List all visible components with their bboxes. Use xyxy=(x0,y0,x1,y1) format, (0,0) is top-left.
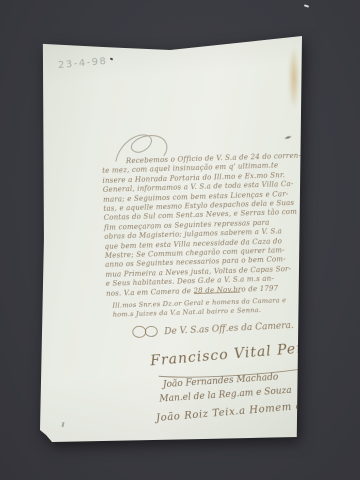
courtesy-line: De V. S.as Off.es da Camera. xyxy=(164,321,294,337)
paper-sheet-wrapper: 23-4-98 Recebemos o Officio de V. S.a de… xyxy=(40,34,302,444)
signature-1: Francisco Vital Pereira xyxy=(150,338,336,369)
courtesy-flourish xyxy=(131,324,161,339)
handwritten-text-layer: Recebemos o Officio de V. S.a de 24 do c… xyxy=(36,28,311,446)
letter-address: Ill.mos Snr.es Dz.or Geral e homens da C… xyxy=(112,296,292,320)
manuscript-page: 23-4-98 Recebemos o Officio de V. S.a de… xyxy=(40,34,302,444)
background-dust-speck xyxy=(304,4,309,7)
letter-body: Recebemos o Officio de V. S.a de 24 do c… xyxy=(102,152,306,299)
photo-of-manuscript: 23-4-98 Recebemos o Officio de V. S.a de… xyxy=(0,0,360,480)
courtesy-row: De V. S.as Off.es da Camera. xyxy=(131,320,294,339)
